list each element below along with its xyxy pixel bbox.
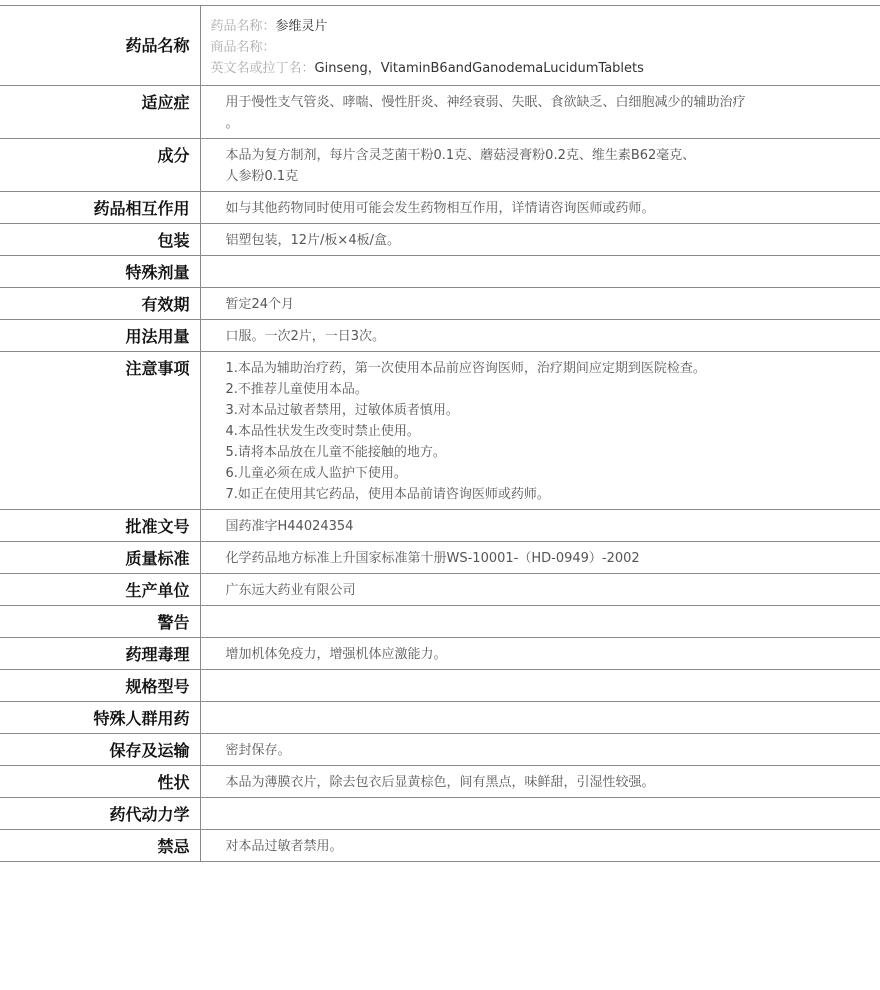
row-value: 本品为复方制剂，每片含灵芝菌干粉0.1克、蘑菇浸膏粉0.2克、维生素B62毫克、… — [200, 139, 880, 192]
row-dosage: 用法用量 口服。一次2片，一日3次。 — [0, 320, 880, 352]
row-contraindications: 禁忌 对本品过敏者禁用。 — [0, 830, 880, 862]
precaution-item: 4.本品性状发生改变时禁止使用。 — [226, 421, 880, 442]
row-composition: 成分 本品为复方制剂，每片含灵芝菌干粉0.1克、蘑菇浸膏粉0.2克、维生素B62… — [0, 139, 880, 192]
row-label: 成分 — [0, 139, 200, 192]
generic-name-line: 药品名称：参维灵片 — [211, 16, 880, 37]
row-label: 生产单位 — [0, 574, 200, 606]
row-warning: 警告 — [0, 606, 880, 638]
row-value: 药品名称：参维灵片 商品名称： 英文名或拉丁名：Ginseng，VitaminB… — [200, 6, 880, 86]
row-value — [200, 256, 880, 288]
row-pharmacokinetics: 药代动力学 — [0, 798, 880, 830]
row-value: 本品为薄膜衣片，除去包衣后显黄棕色，间有黑点，味鲜甜，引湿性较强。 — [200, 766, 880, 798]
row-quality-standard: 质量标准 化学药品地方标准上升国家标准第十册WS-10001-（HD-0949）… — [0, 542, 880, 574]
row-value: 密封保存。 — [200, 734, 880, 766]
row-value: 化学药品地方标准上升国家标准第十册WS-10001-（HD-0949）-2002 — [200, 542, 880, 574]
row-label: 警告 — [0, 606, 200, 638]
row-label: 用法用量 — [0, 320, 200, 352]
english-name-key: 英文名或拉丁名： — [211, 61, 315, 76]
row-label: 规格型号 — [0, 670, 200, 702]
row-value: 暂定24个月 — [200, 288, 880, 320]
row-label: 注意事项 — [0, 352, 200, 510]
row-value: 口服。一次2片，一日3次。 — [200, 320, 880, 352]
precaution-item: 2.不推荐儿童使用本品。 — [226, 379, 880, 400]
value-line: 本品为复方制剂，每片含灵芝菌干粉0.1克、蘑菇浸膏粉0.2克、维生素B62毫克、 — [226, 145, 880, 166]
row-value: 国药准字H44024354 — [200, 510, 880, 542]
row-label: 特殊剂量 — [0, 256, 200, 288]
row-packaging: 包装 铝塑包装，12片/板×4板/盒。 — [0, 224, 880, 256]
row-label: 药品相互作用 — [0, 192, 200, 224]
precaution-item: 5.请将本品放在儿童不能接触的地方。 — [226, 442, 880, 463]
row-label: 包装 — [0, 224, 200, 256]
row-storage: 保存及运输 密封保存。 — [0, 734, 880, 766]
row-indications: 适应症 用于慢性支气管炎、哮喘、慢性肝炎、神经衰弱、失眠、食欲缺乏、白细胞减少的… — [0, 86, 880, 139]
row-specification: 规格型号 — [0, 670, 880, 702]
row-value: 1.本品为辅助治疗药，第一次使用本品前应咨询医师，治疗期间应定期到医院检查。 2… — [200, 352, 880, 510]
row-label: 药代动力学 — [0, 798, 200, 830]
trade-name-line: 商品名称： — [211, 37, 880, 58]
value-line: 用于慢性支气管炎、哮喘、慢性肝炎、神经衰弱、失眠、食欲缺乏、白细胞减少的辅助治疗 — [226, 92, 880, 113]
row-label: 有效期 — [0, 288, 200, 320]
precaution-item: 1.本品为辅助治疗药，第一次使用本品前应咨询医师，治疗期间应定期到医院检查。 — [226, 358, 880, 379]
english-name-value: Ginseng，VitaminB6andGanodemaLucidumTable… — [315, 61, 644, 76]
row-description: 性状 本品为薄膜衣片，除去包衣后显黄棕色，间有黑点，味鲜甜，引湿性较强。 — [0, 766, 880, 798]
row-approval-number: 批准文号 国药准字H44024354 — [0, 510, 880, 542]
value-line: 人参粉0.1克 — [226, 166, 880, 187]
row-drug-name: 药品名称 药品名称：参维灵片 商品名称： 英文名或拉丁名：Ginseng，Vit… — [0, 6, 880, 86]
value-line: 。 — [226, 113, 880, 134]
row-value — [200, 702, 880, 734]
row-label: 禁忌 — [0, 830, 200, 862]
row-label: 药理毒理 — [0, 638, 200, 670]
row-label: 适应症 — [0, 86, 200, 139]
english-name-line: 英文名或拉丁名：Ginseng，VitaminB6andGanodemaLuci… — [211, 58, 880, 79]
row-label: 特殊人群用药 — [0, 702, 200, 734]
precaution-item: 3.对本品过敏者禁用，过敏体质者慎用。 — [226, 400, 880, 421]
row-value — [200, 798, 880, 830]
row-pharmacology: 药理毒理 增加机体免疫力，增强机体应激能力。 — [0, 638, 880, 670]
generic-name-value: 参维灵片 — [276, 19, 328, 34]
row-label: 药品名称 — [0, 6, 200, 86]
row-precautions: 注意事项 1.本品为辅助治疗药，第一次使用本品前应咨询医师，治疗期间应定期到医院… — [0, 352, 880, 510]
row-value: 用于慢性支气管炎、哮喘、慢性肝炎、神经衰弱、失眠、食欲缺乏、白细胞减少的辅助治疗… — [200, 86, 880, 139]
trade-name-key: 商品名称： — [211, 40, 276, 55]
row-manufacturer: 生产单位 广东远大药业有限公司 — [0, 574, 880, 606]
row-shelf-life: 有效期 暂定24个月 — [0, 288, 880, 320]
row-value: 增加机体免疫力，增强机体应激能力。 — [200, 638, 880, 670]
row-interactions: 药品相互作用 如与其他药物同时使用可能会发生药物相互作用，详情请咨询医师或药师。 — [0, 192, 880, 224]
drug-spec-table: 药品名称 药品名称：参维灵片 商品名称： 英文名或拉丁名：Ginseng，Vit… — [0, 5, 880, 862]
precaution-item: 7.如正在使用其它药品，使用本品前请咨询医师或药师。 — [226, 484, 880, 505]
row-label: 性状 — [0, 766, 200, 798]
row-value: 如与其他药物同时使用可能会发生药物相互作用，详情请咨询医师或药师。 — [200, 192, 880, 224]
row-value: 对本品过敏者禁用。 — [200, 830, 880, 862]
row-value — [200, 670, 880, 702]
generic-name-key: 药品名称： — [211, 19, 276, 34]
row-label: 保存及运输 — [0, 734, 200, 766]
row-value: 铝塑包装，12片/板×4板/盒。 — [200, 224, 880, 256]
row-special-populations: 特殊人群用药 — [0, 702, 880, 734]
row-label: 质量标准 — [0, 542, 200, 574]
row-label: 批准文号 — [0, 510, 200, 542]
precaution-item: 6.儿童必须在成人监护下使用。 — [226, 463, 880, 484]
row-special-dosage: 特殊剂量 — [0, 256, 880, 288]
row-value: 广东远大药业有限公司 — [200, 574, 880, 606]
row-value — [200, 606, 880, 638]
